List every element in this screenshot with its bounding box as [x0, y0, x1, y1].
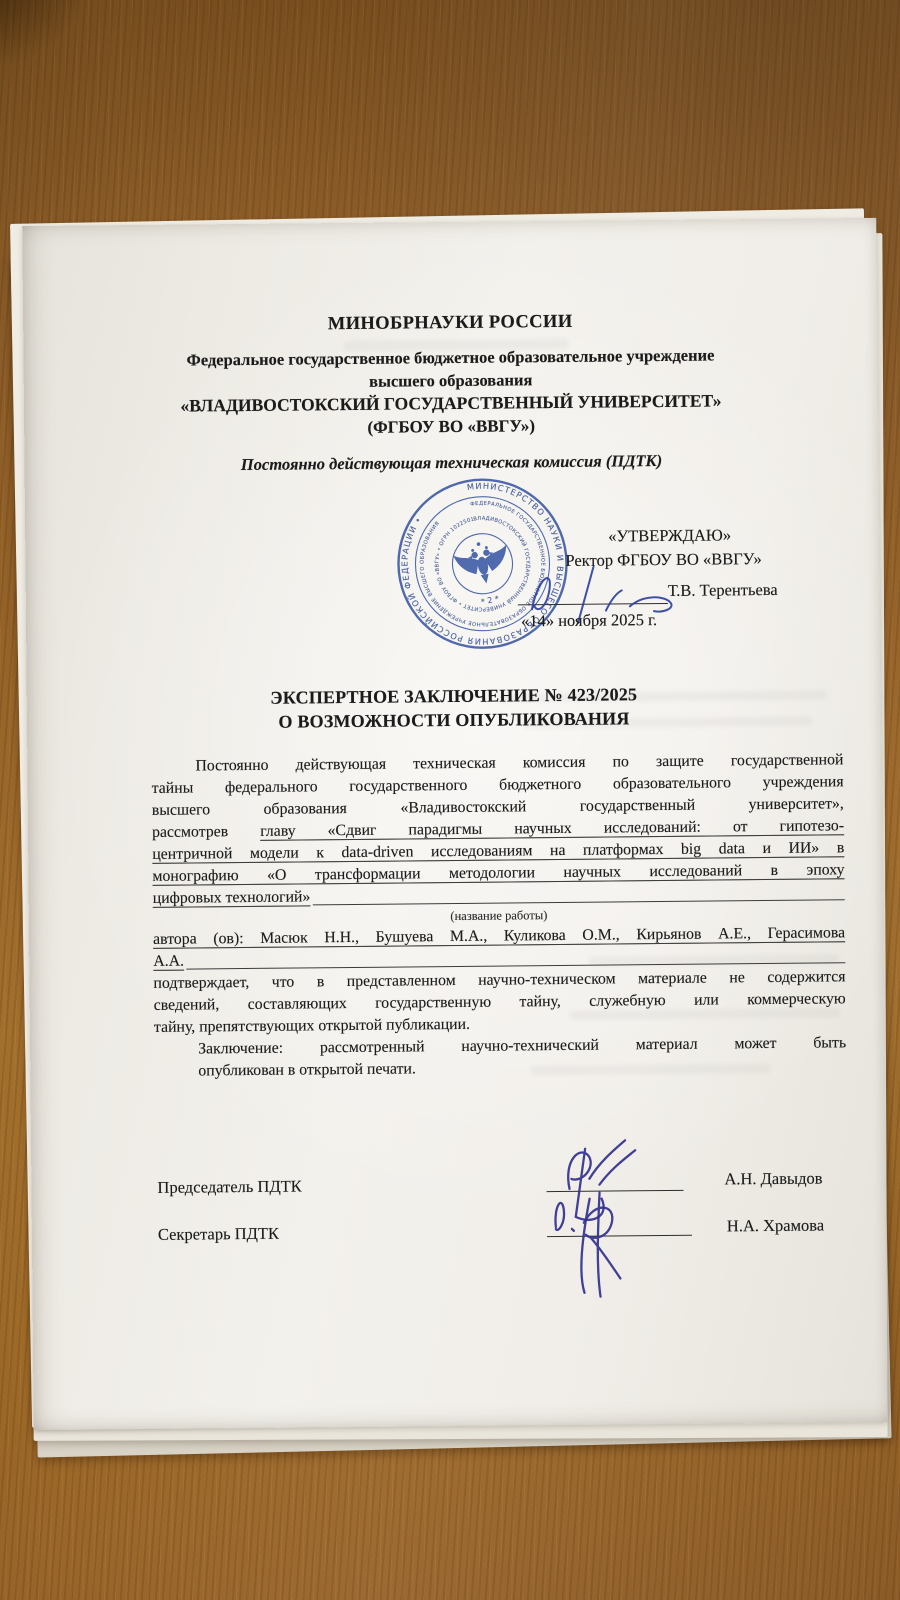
approve-label: «УТВЕРЖДАЮ» — [608, 525, 731, 546]
work-title-text: цифровых технологий» — [153, 886, 311, 910]
paper-stack: МИНОБРНАУКИ РОССИИ Федеральное государст… — [0, 0, 900, 1600]
signature-role-chairman: Председатель ПДТК — [157, 1176, 301, 1197]
signature-role-secretary: Секретарь ПДТК — [158, 1224, 279, 1245]
signer-name-secretary: Н.А. Храмова — [727, 1215, 824, 1236]
approval-date: «14» ноября 2025 г. — [521, 610, 657, 631]
photo-scene: МИНОБРНАУКИ РОССИИ Федеральное государст… — [0, 0, 900, 1600]
ruled-line — [312, 881, 844, 905]
work-title-text: главу «Сдвиг парадигмы научных исследова… — [260, 817, 844, 840]
commission-line: Постоянно действующая техническая комисс… — [24, 448, 878, 478]
secretary-signature-scribble — [533, 1182, 709, 1302]
ministry-heading: МИНОБРНАУКИ РОССИИ — [23, 308, 877, 338]
authors-text: А.А. — [153, 951, 184, 973]
approver-name: Т.В. Терентьева — [668, 580, 778, 601]
double-headed-eagle-icon — [452, 537, 513, 589]
document-title: ЭКСПЕРТНОЕ ЗАКЛЮЧЕНИЕ № 423/2025 О ВОЗМО… — [27, 680, 881, 736]
body-text: рассмотрев — [152, 823, 228, 841]
document-body: Постоянно действующая техническая комисс… — [151, 749, 846, 1083]
signer-name-chairman: А.Н. Давыдов — [724, 1168, 822, 1189]
document-page: МИНОБРНАУКИ РОССИИ Федеральное государст… — [22, 218, 888, 1430]
document-header: МИНОБРНАУКИ РОССИИ Федеральное государст… — [23, 308, 879, 478]
